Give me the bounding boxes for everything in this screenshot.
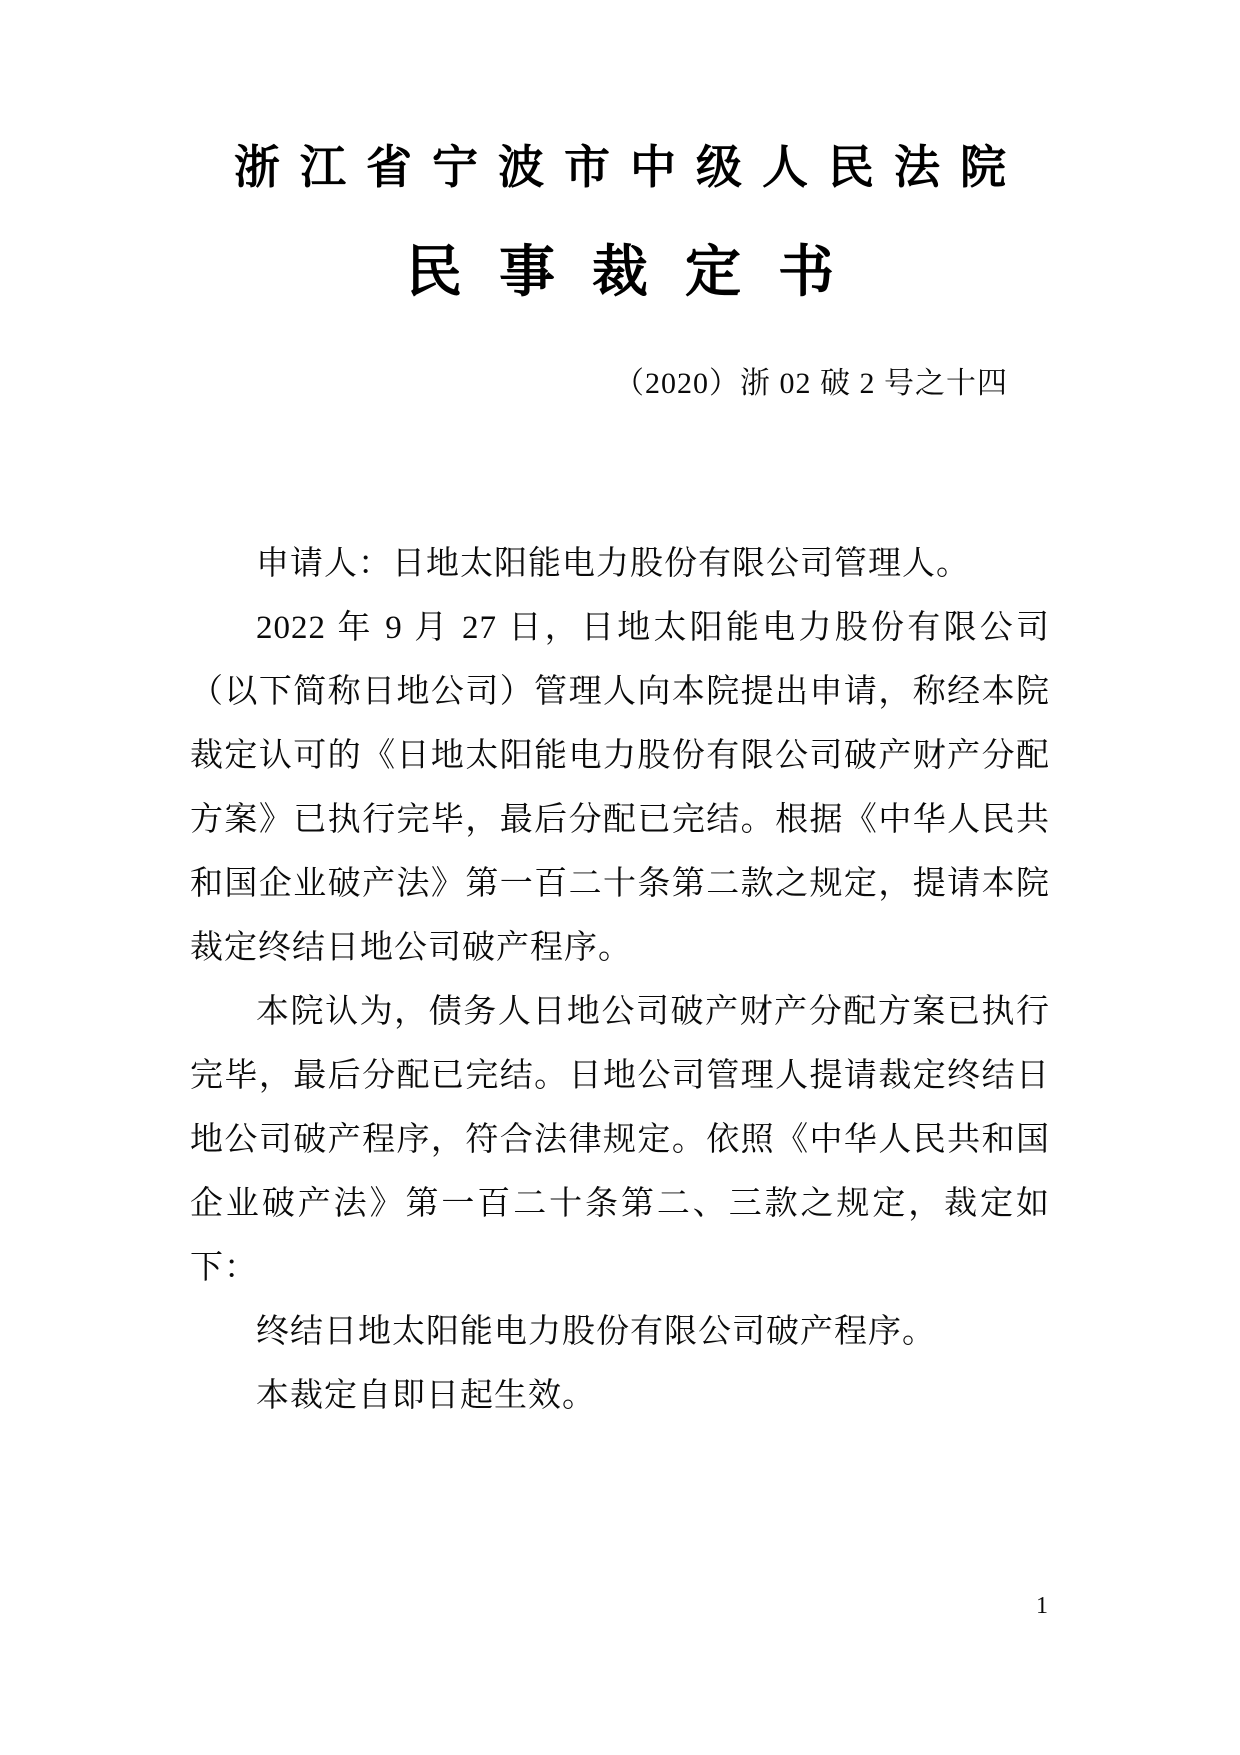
ruling-body: 申请人：日地太阳能电力股份有限公司管理人。 2022 年 9 月 27 日，日地… [190, 532, 1050, 1428]
paragraph-court-opinion: 本院认为，债务人日地公司破产财产分配方案已执行完毕，最后分配已完结。日地公司管理… [190, 980, 1050, 1300]
document-page: 浙江省宁波市中级人民法院 民事裁定书 （2020）浙 02 破 2 号之十四 申… [0, 0, 1240, 1755]
document-content: 浙江省宁波市中级人民法院 民事裁定书 （2020）浙 02 破 2 号之十四 申… [190, 0, 1050, 1428]
paragraph-ruling: 终结日地太阳能电力股份有限公司破产程序。 [190, 1300, 1050, 1364]
paragraph-applicant: 申请人：日地太阳能电力股份有限公司管理人。 [190, 532, 1050, 596]
document-title: 民事裁定书 [190, 242, 1050, 304]
page-number: 1 [1036, 1592, 1048, 1620]
court-name-heading: 浙江省宁波市中级人民法院 [190, 140, 1050, 196]
case-number: （2020）浙 02 破 2 号之十四 [190, 364, 1050, 404]
paragraph-effective: 本裁定自即日起生效。 [190, 1364, 1050, 1428]
paragraph-application: 2022 年 9 月 27 日，日地太阳能电力股份有限公司（以下简称日地公司）管… [190, 596, 1050, 980]
